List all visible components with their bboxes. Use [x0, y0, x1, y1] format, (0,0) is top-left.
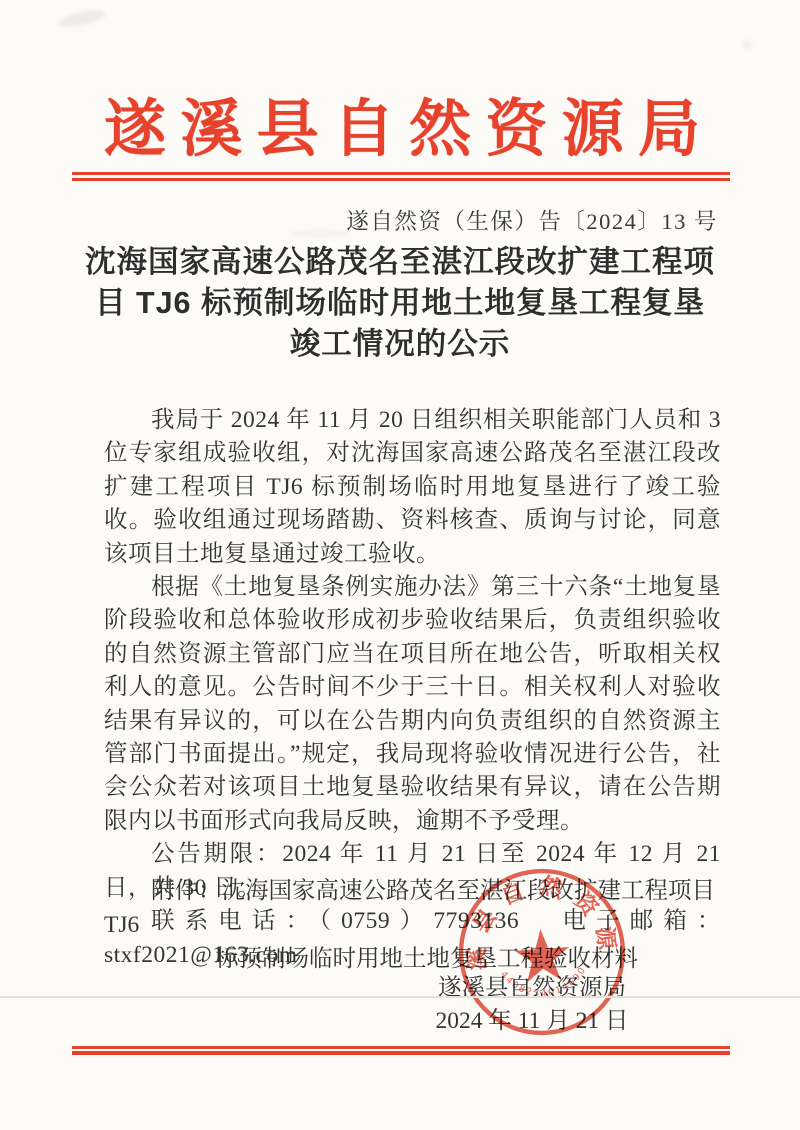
notice-title-line: 沈海国家高速公路茂名至湛江段改扩建工程项 — [66, 242, 734, 283]
attachment-line: 附件：沈海国家高速公路茂名至湛江段改扩建工程项目 TJ6 — [104, 874, 721, 942]
agency-letterhead-char: 资 — [485, 99, 547, 161]
agency-letterhead-char: 局 — [638, 99, 700, 161]
paragraph-regulation: 根据《土地复垦条例实施办法》第三十六条“土地复垦阶段验收和总体验收形成初步验收结… — [104, 571, 721, 838]
letterhead-double-rule — [72, 172, 730, 181]
document-number: 遂自然资（生保）告〔2024〕13 号 — [72, 204, 718, 236]
agency-letterhead-char: 溪 — [180, 99, 242, 161]
notice-title-line: 竣工情况的公示 — [66, 324, 734, 365]
scan-artifact-line — [0, 996, 800, 998]
agency-letterhead-char: 自 — [333, 99, 395, 161]
agency-letterhead-char: 县 — [257, 99, 319, 161]
scan-smudge — [57, 7, 107, 30]
notice-title-line: 目 TJ6 标预制场临时用地土地复垦工程复垦 — [66, 283, 734, 324]
official-seal: 遂溪县自然资源局 ★ 4408234014690 — [449, 859, 635, 1045]
agency-letterhead-char: 遂 — [104, 99, 166, 161]
agency-letterhead: 遂溪县自然资源局 — [104, 90, 700, 170]
paragraph-inspection: 我局于 2024 年 11 月 20 日组织相关职能部门人员和 3 位专家组成验… — [104, 404, 721, 571]
footer-double-rule — [72, 1046, 730, 1055]
agency-letterhead-char: 源 — [562, 99, 624, 161]
document-page: 遂溪县自然资源局 遂自然资（生保）告〔2024〕13 号 沈海国家高速公路茂名至… — [0, 0, 800, 1130]
scan-smudge — [742, 40, 752, 50]
notice-title: 沈海国家高速公路茂名至湛江段改扩建工程项 目 TJ6 标预制场临时用地土地复垦工… — [66, 242, 734, 365]
agency-letterhead-char: 然 — [409, 99, 471, 161]
